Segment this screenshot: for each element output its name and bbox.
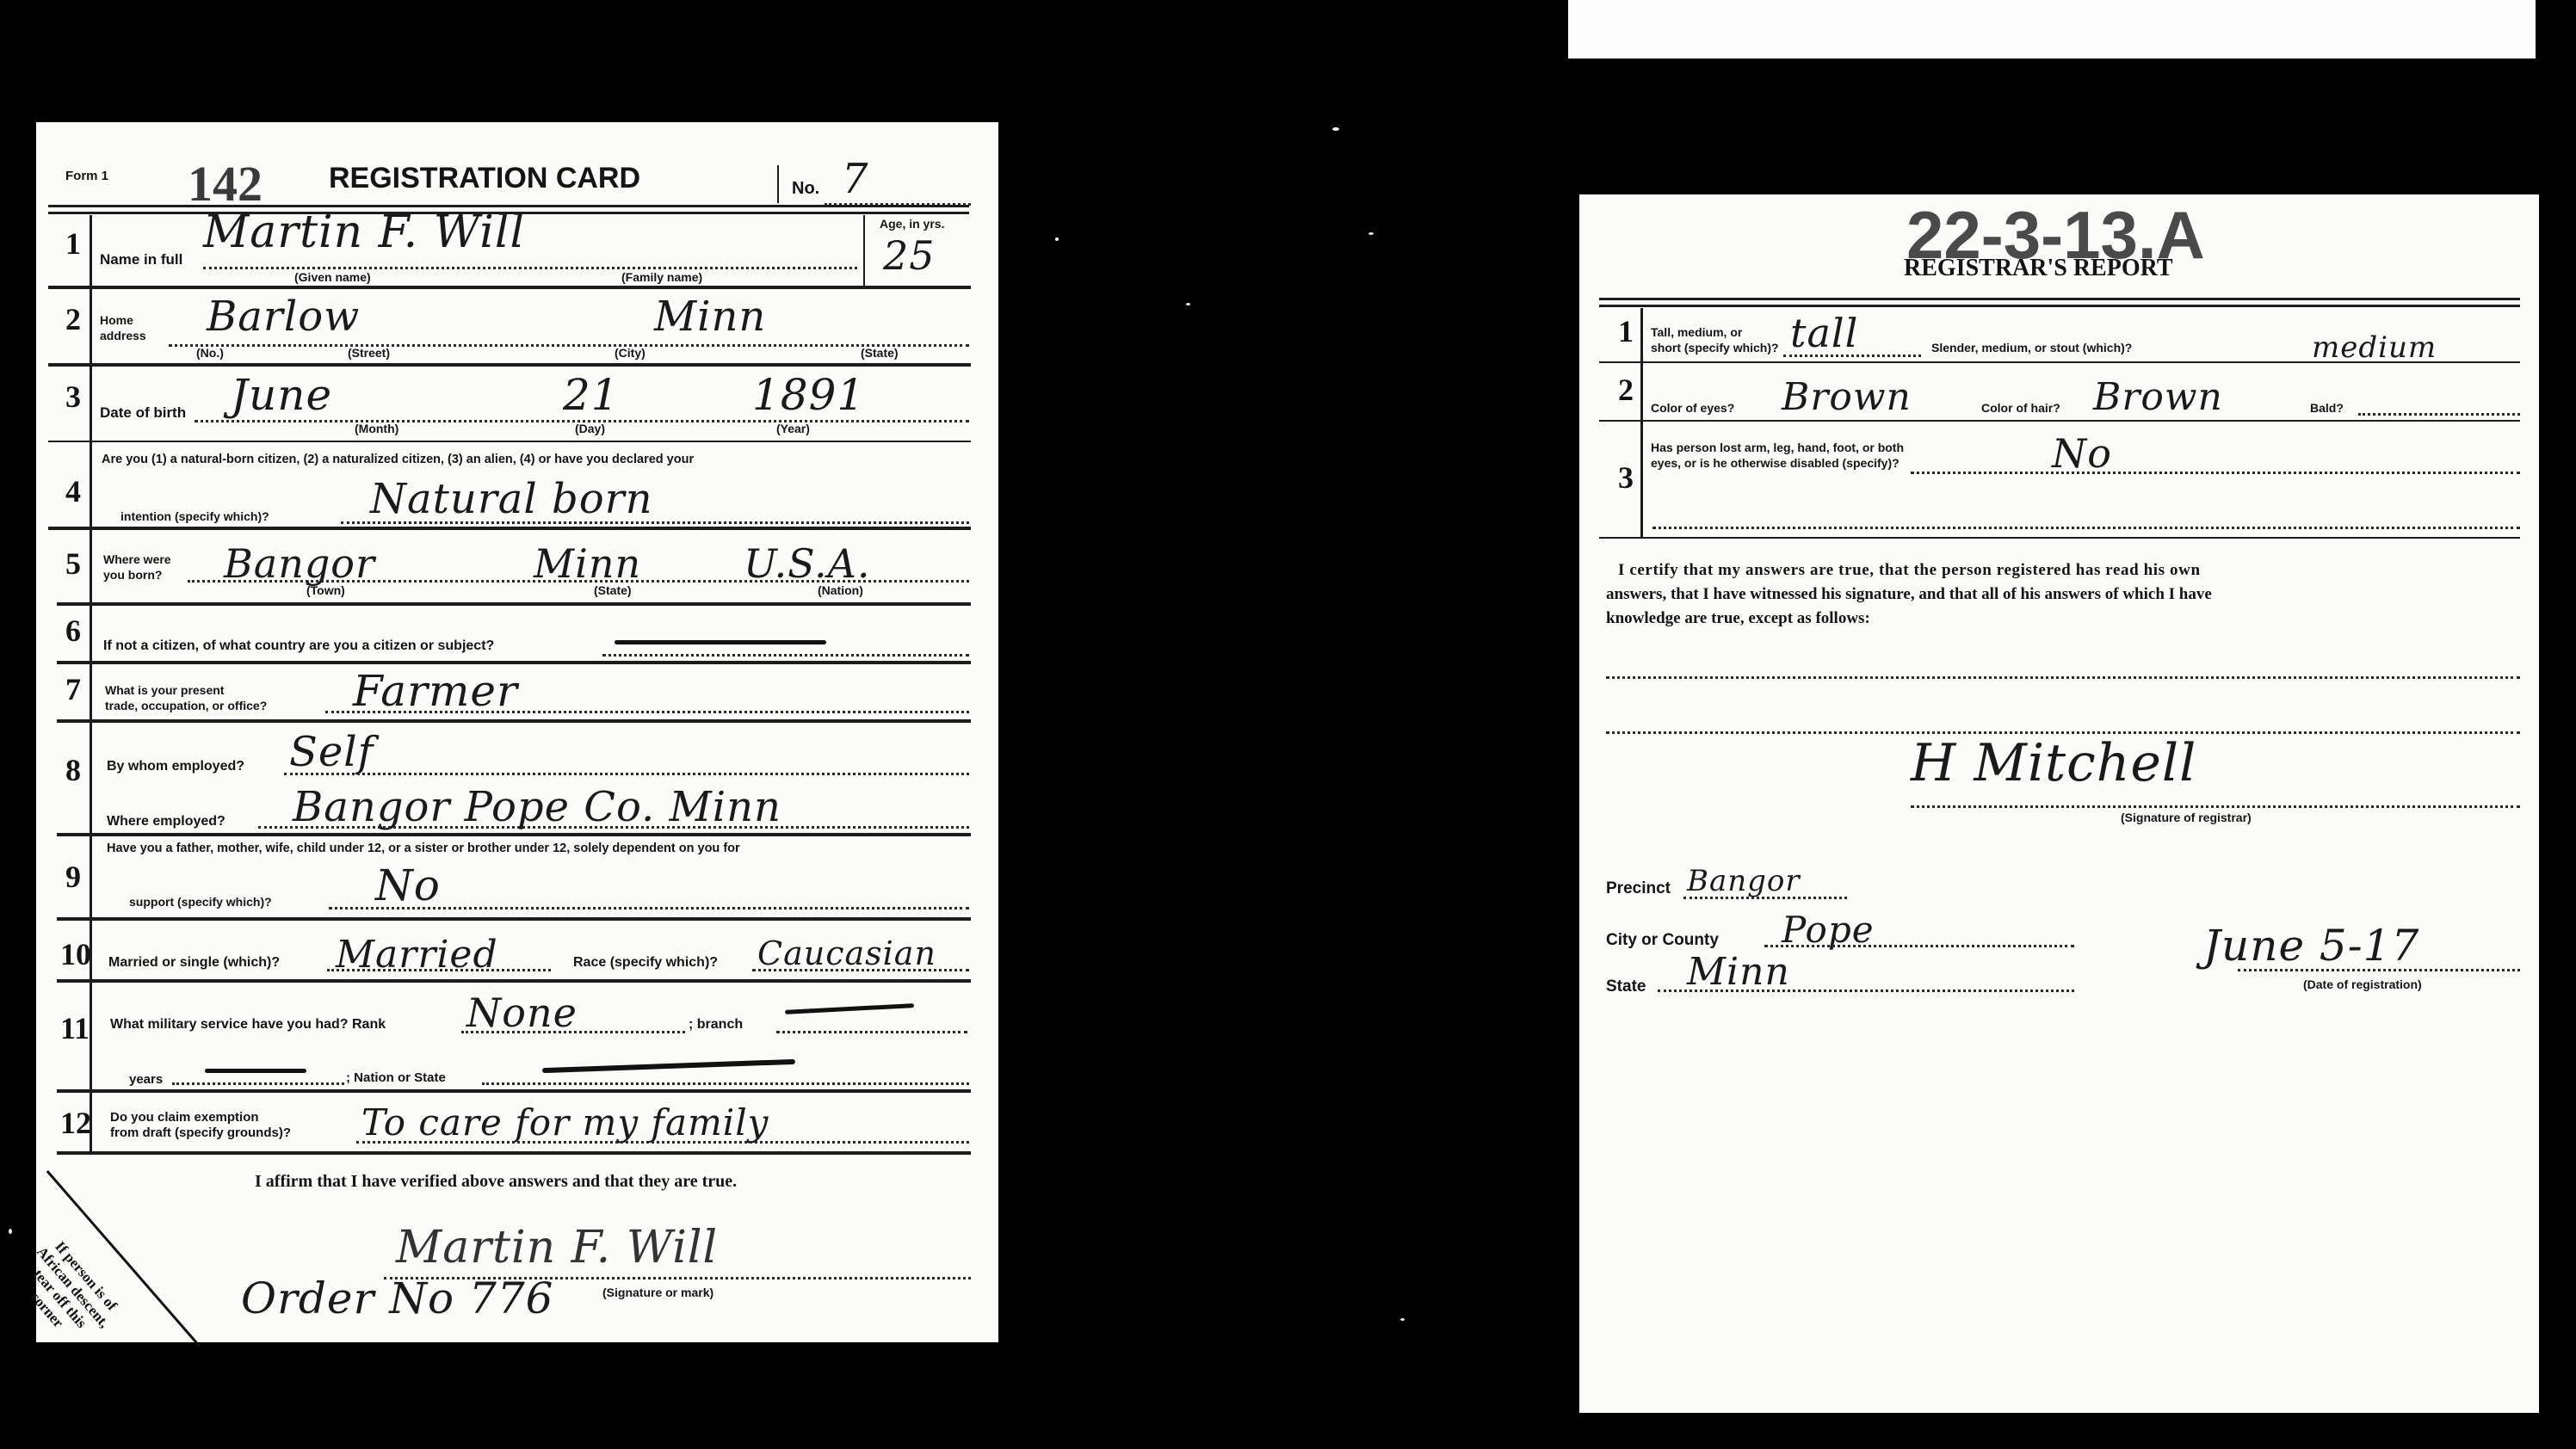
report-header-rule-2 (1599, 305, 2520, 307)
marital-label: Married or single (which)? (108, 955, 280, 971)
dob-label: Date of birth (100, 404, 186, 422)
row-rule (48, 363, 971, 367)
row-number: 8 (65, 752, 81, 788)
year-sublabel: (Year) (776, 422, 810, 435)
age-divider (863, 215, 865, 286)
precinct-value: Bangor (1687, 864, 1801, 898)
employ-place-value: Bangor Pope Co. Minn (293, 783, 781, 831)
certify-text-1: I certify that my answers are true, that… (1618, 561, 2201, 580)
employer-field-line (284, 773, 969, 775)
exemption-field-line (356, 1141, 969, 1144)
years-label: years (129, 1072, 163, 1087)
branch-field-line (776, 1031, 967, 1033)
years-dash (205, 1069, 306, 1073)
row-rule (1599, 537, 2520, 539)
signature-label: (Signature or mark) (602, 1286, 713, 1299)
film-speck (1400, 1318, 1405, 1321)
nation-state-label: ; Nation or State (346, 1070, 446, 1085)
row-number: 2 (1618, 372, 1634, 408)
disability-field-line-2 (1652, 527, 2520, 529)
address-field-line (169, 344, 969, 347)
branch-label: ; branch (689, 1017, 743, 1033)
day-sublabel: (Day) (575, 422, 605, 435)
row-rule (57, 1089, 971, 1093)
street-value: Barlow (207, 293, 360, 341)
height-value: tall (1790, 310, 1858, 356)
row-rule (1599, 361, 2520, 363)
row-number: 11 (60, 1010, 90, 1046)
form-label: Form 1 (65, 169, 108, 183)
registration-date-label: (Date of registration) (2303, 977, 2422, 991)
dob-year: 1891 (752, 370, 865, 420)
race-value: Caucasian (757, 934, 936, 972)
exemption-label-2: from draft (specify grounds)? (110, 1125, 291, 1140)
employ-place-label: Where employed? (107, 814, 225, 829)
registration-card (36, 122, 998, 1342)
bald-field-line (2358, 413, 2520, 416)
military-rank-value: None (466, 990, 578, 1036)
hair-color-value: Brown (2093, 375, 2223, 419)
registrar-signature-label: (Signature of registrar) (2121, 811, 2252, 824)
occupation-value: Farmer (353, 666, 518, 716)
occupation-field-line (325, 711, 969, 713)
city-county-field-line (1764, 945, 2074, 947)
height-label-2: short (specify which)? (1651, 341, 1779, 355)
registrar-signature-line (1911, 805, 2520, 808)
city-county-label: City or County (1606, 931, 1719, 950)
month-sublabel: (Month) (355, 422, 398, 435)
marital-field-line (327, 969, 551, 971)
report-number-divider (1640, 308, 1643, 537)
registrant-signature: Martin F. Will (396, 1222, 718, 1273)
adjacent-card-edge (1568, 0, 2536, 59)
name-label: Name in full (100, 251, 182, 268)
precinct-label: Precinct (1606, 879, 1671, 898)
bald-label: Bald? (2310, 401, 2344, 415)
home-label-2: address (100, 329, 146, 342)
certify-text-2: answers, that I have witnessed his signa… (1606, 585, 2212, 604)
registrar-report-card (1579, 194, 2539, 1413)
row-number: 3 (1618, 459, 1634, 496)
registrar-signature: H Mitchell (1911, 733, 2196, 793)
citizen-country-question: If not a citizen, of what country are yo… (103, 638, 494, 654)
employer-label: By whom employed? (107, 759, 244, 774)
citizen-country-dash (615, 640, 826, 644)
row-rule (57, 917, 971, 921)
row-number: 12 (60, 1105, 91, 1141)
row-number: 5 (65, 546, 81, 582)
height-field-line (1783, 355, 1921, 357)
eye-color-label: Color of eyes? (1651, 401, 1734, 415)
order-number: Order No 776 (241, 1273, 553, 1323)
row-number: 1 (65, 225, 81, 262)
dob-month: June (231, 370, 332, 420)
row-number-divider (90, 215, 92, 1153)
age-value: 25 (883, 232, 936, 279)
citizenship-question: Are you (1) a natural-born citizen, (2) … (102, 453, 694, 466)
dob-day: 21 (563, 370, 620, 420)
birthplace-label-2: you born? (103, 568, 162, 582)
hair-color-label: Color of hair? (1981, 401, 2060, 415)
town-sublabel: (Town) (306, 583, 345, 597)
rank-field-line (461, 1031, 685, 1033)
dependents-question: Have you a father, mother, wife, child u… (107, 842, 740, 855)
affirm-text: I affirm that I have verified above answ… (255, 1172, 737, 1192)
exemption-label-1: Do you claim exemption (110, 1110, 259, 1125)
row-number: 6 (65, 613, 81, 649)
row-rule (57, 661, 971, 664)
report-header-rule (1599, 298, 2520, 300)
row-number: 9 (65, 859, 81, 895)
film-speck (1055, 237, 1059, 241)
row-rule (57, 979, 971, 983)
state-value: Minn (654, 293, 766, 341)
row-rule (57, 602, 971, 606)
nation-sublabel: (Nation) (818, 583, 863, 597)
eye-color-value: Brown (1782, 375, 1912, 419)
employ-place-field-line (258, 826, 969, 829)
dependents-value: No (375, 860, 441, 910)
no-sublabel: (No.) (196, 346, 224, 360)
no-label: No. (792, 179, 819, 199)
report-title: REGISTRAR'S REPORT (1904, 255, 2173, 282)
row-rule (48, 286, 971, 289)
row-rule (57, 719, 971, 723)
row-number: 3 (65, 379, 81, 415)
certify-text-3: knowledge are true, except as follows: (1606, 609, 1870, 628)
age-label: Age, in yrs. (880, 217, 944, 231)
nation-state-field-line (482, 1082, 969, 1085)
row-rule (57, 833, 971, 836)
card-title: REGISTRATION CARD (329, 162, 640, 195)
build-value: medium (2312, 330, 2437, 365)
serial-stamp: 142 (188, 155, 263, 213)
registration-date: June 5-17 (2203, 921, 2419, 971)
race-field-line (752, 969, 969, 971)
citizenship-question-2: intention (specify which)? (120, 509, 269, 523)
citizenship-value: Natural born (370, 475, 652, 523)
name-field-line (203, 267, 857, 269)
registration-date-line (2238, 969, 2520, 971)
row-number: 7 (65, 671, 81, 707)
state-value: Minn (1687, 950, 1790, 994)
disability-field-line (1911, 472, 2520, 474)
row-number: 1 (1618, 313, 1634, 349)
name-value: Martin F. Will (203, 207, 525, 258)
no-value: 7 (842, 155, 869, 203)
military-label: What military service have you had? Rank (110, 1017, 386, 1033)
row-number: 2 (65, 301, 81, 337)
street-sublabel: (Street) (348, 346, 390, 360)
disability-value: No (2052, 430, 2112, 477)
disability-label-1: Has person lost arm, leg, hand, foot, or… (1651, 441, 1904, 454)
state-field-line (1658, 990, 2074, 992)
film-speck (9, 1229, 12, 1234)
precinct-field-line (1683, 897, 1847, 899)
state-label: State (1606, 977, 1646, 996)
city-sublabel: (City) (615, 346, 646, 360)
dependents-field-line (329, 907, 969, 909)
family-name-sublabel: (Family name) (621, 270, 702, 284)
birthplace-label-1: Where were (103, 552, 171, 566)
row-rule (1599, 420, 2520, 422)
dependents-question-2: support (specify which)? (129, 895, 272, 909)
disability-label-2: eyes, or is he otherwise disabled (speci… (1651, 456, 1900, 470)
birthplace-field-line (188, 580, 969, 583)
header-divider (777, 165, 779, 203)
row-rule (57, 1151, 971, 1155)
film-speck (1332, 127, 1339, 131)
years-field-line (172, 1082, 344, 1085)
build-label: Slender, medium, or stout (which)? (1931, 341, 2132, 355)
race-label: Race (specify which)? (573, 955, 718, 971)
citizen-country-field-line (602, 654, 969, 657)
state-sublabel: (State) (594, 583, 632, 597)
home-label-1: Home (100, 313, 133, 327)
row-number: 10 (60, 936, 91, 972)
given-name-sublabel: (Given name) (294, 270, 371, 284)
row-rule (48, 441, 971, 442)
occupation-label-1: What is your present (105, 683, 224, 697)
row-number: 4 (65, 473, 81, 509)
exemption-value: To care for my family (361, 1101, 769, 1144)
employer-value: Self (289, 728, 374, 776)
height-label-1: Tall, medium, or (1651, 325, 1742, 339)
row-rule (48, 527, 971, 530)
exceptions-line-1 (1606, 676, 2520, 679)
film-speck (1368, 232, 1374, 235)
state-sublabel: (State) (861, 346, 899, 360)
citizenship-field-line (341, 521, 969, 524)
film-speck (1186, 303, 1190, 305)
occupation-label-2: trade, occupation, or office? (105, 699, 267, 712)
